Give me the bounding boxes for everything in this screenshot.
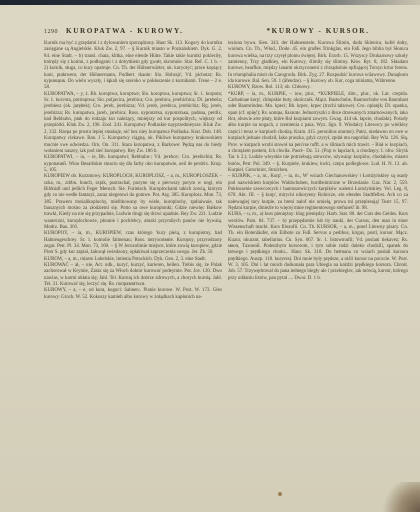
paper-stain	[278, 492, 282, 496]
entry-paragraph: KUROPATWI, – ia, – ie, Bh. kuropatwi; Re…	[44, 155, 222, 174]
page-number: 1290	[44, 29, 58, 35]
entry-paragraph: *KURP, – ia, m., KURPIE, – iow, plur., *…	[228, 92, 408, 174]
right-column-text: ieziona bywa. Sien. 343. der Hahnenstein…	[228, 41, 408, 282]
entry-paragraph: KUROPATWA, – y, ż. Bh. koroptwa, koroptw…	[44, 92, 222, 155]
entry-paragraph: KUROPOY, – ia, m., KUROPIEW, czas któreg…	[44, 231, 222, 256]
right-column: *KUROWY - KURSOR. ieziona bywa. Sien. 34…	[228, 27, 408, 282]
running-head-left: KUROPATWA - KUROWY.	[66, 27, 184, 35]
left-column-text: Kurnik ma być z grzędami i z dylowaniem …	[44, 41, 222, 301]
entry-paragraph: ieziona bywa. Sien. 343. der Hahnenstein…	[228, 41, 408, 85]
dictionary-page: 1290 KUROPATWA - KUROWY. Kurnik ma być z…	[0, 5, 420, 512]
entry-paragraph: KUROWY, – a, – e, od kura, koguci: Sahne…	[44, 288, 222, 301]
entry-paragraph: KUROPIEW ob. Kurzmowy. KUROPLOCH, KUROPL…	[44, 174, 222, 231]
running-head-right: *KUROWY - KURSOR.	[266, 27, 369, 35]
right-running-header: *KUROWY - KURSOR.	[228, 27, 408, 37]
left-column: 1290 KUROPATWA - KUROWY. Kurnik ma być z…	[44, 27, 222, 301]
entry-paragraph: KUROWAĆ – ał, – uie, Act. ndk., kuryć, k…	[44, 263, 222, 288]
entry-paragraph: KURS, – u, m., a) kurs pieniężny: blog p…	[228, 212, 408, 282]
left-running-header: 1290 KUROPATWA - KUROWY.	[44, 27, 222, 37]
entry-paragraph: – KURPIK, – a, m., Kurp', – ia, m., W' w…	[228, 174, 408, 212]
entry-paragraph: Kurnik ma być z grzędami i z dylowaniem …	[44, 41, 222, 92]
